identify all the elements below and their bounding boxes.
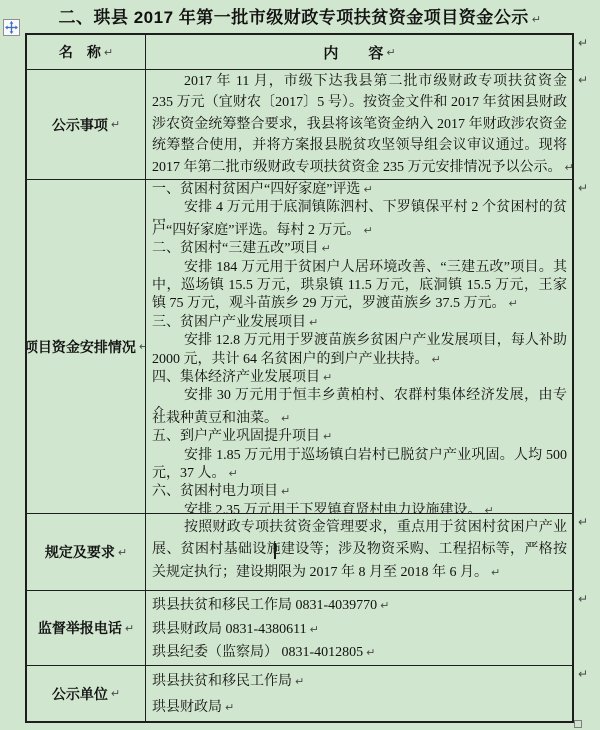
text-line: 关规定执行；建设期限为 2017 年 8 月至 2018 年 6 月。↵ bbox=[152, 560, 567, 585]
text-line-content: 珙县财政局 0831-4380611 bbox=[152, 622, 307, 637]
paragraph-mark-icon: ↵ bbox=[432, 353, 441, 366]
announcement-table: 名 称↵ 内 容↵ 公示事项↵ 2017 年 11 月，市级下达我县第二批市级财… bbox=[25, 33, 574, 723]
paragraph-mark-icon: ↵ bbox=[485, 504, 494, 513]
row-content-cell[interactable]: 一、贫困村贫困户“四好家庭”评选↵安排 4 万元用于底洞镇陈泗村、下罗镇保平村 … bbox=[146, 180, 572, 513]
text-line-content: 按照财政专项扶贫资金管理要求，重点用于贫困村贫困户产业发 bbox=[152, 520, 567, 537]
paragraph-mark-icon: ↵ bbox=[491, 566, 500, 579]
text-line-content: 统筹整合使用，并将方案报县脱贫攻坚领导组会议审议通过。现将 bbox=[152, 138, 567, 153]
text-line: 安排 184 万元用于贫困户人居环境改善、“三建五改”项目。其 bbox=[152, 259, 567, 277]
text-line-content: 安排 2.35 万元用于下罗镇育贤村电力设施建设。 bbox=[184, 503, 482, 513]
text-line-content: 珙县扶贫和移民工作局 bbox=[152, 674, 292, 689]
row-label: 监督举报电话 bbox=[38, 618, 122, 638]
paragraph-mark-icon: ↵ bbox=[281, 412, 290, 425]
paragraph-mark-icon: ↵ bbox=[565, 161, 573, 174]
text-line-content: 安排 30 万元用于恒丰乡黄柏村、农群村集体经济发展，由专合 bbox=[152, 388, 567, 409]
paragraph-mark-icon: ↵ bbox=[309, 316, 318, 329]
text-line: 安排 30 万元用于恒丰乡黄柏村、农群村集体经济发展，由专合 bbox=[152, 387, 567, 409]
table-header-row: 名 称↵ 内 容↵ bbox=[27, 35, 572, 69]
text-line: 三、贫困户产业发展项目↵ bbox=[152, 314, 567, 332]
text-line-content: 镇 75 万元，观斗苗族乡 29 万元，罗渡苗族乡 37.5 万元。 bbox=[152, 296, 506, 311]
paragraph-mark-icon: ↵ bbox=[295, 675, 304, 688]
page-title-text: 二、珙县 2017 年第一批市级财政专项扶贫资金项目资金公示 bbox=[59, 8, 529, 27]
text-line-content: 珙县扶贫和移民工作局 0831-4039770 bbox=[152, 598, 377, 613]
page-title: 二、珙县 2017 年第一批市级财政专项扶贫资金项目资金公示↵ bbox=[0, 3, 600, 28]
text-line: 中，巡场镇 15.5 万元，珙泉镇 11.5 万元，底洞镇 15.5 万元，王家 bbox=[152, 277, 567, 295]
paragraph-mark-icon: ↵ bbox=[310, 623, 319, 636]
text-line-content: 中，巡场镇 15.5 万元，珙泉镇 11.5 万元，底洞镇 15.5 万元，王家 bbox=[152, 278, 567, 293]
move-arrows-icon bbox=[5, 21, 18, 34]
text-line: 五、到户产业巩固提升项目↵ bbox=[152, 428, 567, 446]
row-label: 公示事项 bbox=[52, 115, 108, 135]
text-line-content: 珙县纪委（监察局） 0831-4012805 bbox=[152, 645, 363, 660]
paragraph-mark-icon: ↵ bbox=[139, 340, 146, 353]
paragraph-mark-icon: ↵ bbox=[225, 701, 234, 714]
text-line: 镇 75 万元，观斗苗族乡 29 万元，罗渡苗族乡 37.5 万元。↵ bbox=[152, 295, 567, 313]
text-line: 元，37 人。↵ bbox=[152, 465, 567, 483]
table-move-handle[interactable] bbox=[3, 19, 20, 36]
text-line: 统筹整合使用，并将方案报县脱贫攻坚领导组会议审议通过。现将 bbox=[152, 135, 567, 156]
text-line-content: 珙县财政局 bbox=[152, 700, 222, 715]
text-line: 珙县纪委（监察局） 0831-4012805↵ bbox=[152, 641, 567, 665]
text-line-content: 社栽种黄豆和油菜。 bbox=[152, 411, 278, 426]
text-insertion-cursor bbox=[274, 543, 276, 559]
paragraph-mark-icon: ↵ bbox=[104, 46, 113, 59]
row-content-cell[interactable]: 按照财政专项扶贫资金管理要求，重点用于贫困村贫困户产业发展、贫困村基础设施建设等… bbox=[146, 514, 572, 590]
row-label-cell[interactable]: 公示事项↵ bbox=[27, 70, 146, 179]
text-line-content: 涉农资金统筹整合要求，我县将该笔资金纳入 2017 年财政涉农资金 bbox=[152, 117, 567, 132]
text-line: 二、贫困村“三建五改”项目↵ bbox=[152, 240, 567, 258]
text-line: 社栽种黄豆和油菜。↵ bbox=[152, 410, 567, 428]
row-content-cell[interactable]: 珙县扶贫和移民工作局 0831-4039770↵珙县财政局 0831-43806… bbox=[146, 591, 572, 665]
text-line: 安排 1.85 万元用于巡场镇白岩村已脱贫户产业巩固。人均 500 bbox=[152, 447, 567, 465]
row-label: 规定及要求 bbox=[45, 542, 115, 562]
paragraph-mark-icon: ↵ bbox=[532, 13, 542, 26]
text-line-content: 二、贫困村“三建五改”项目 bbox=[152, 241, 318, 256]
paragraph-mark-icon: ↵ bbox=[229, 467, 238, 480]
text-line: 珙县扶贫和移民工作局↵ bbox=[152, 669, 567, 695]
text-line: 2017 年 11 月，市级下达我县第二批市级财政专项扶贫资金 bbox=[152, 71, 567, 92]
text-line-content: 五、到户产业巩固提升项目 bbox=[152, 429, 320, 444]
text-line-content: 四、集体经济产业发展项目 bbox=[152, 370, 320, 385]
text-line: 按照财政专项扶贫资金管理要求，重点用于贫困村贫困户产业发 bbox=[152, 515, 567, 537]
row-end-mark-icon: ↵ bbox=[578, 668, 588, 680]
paragraph-mark-icon: ↵ bbox=[323, 371, 332, 384]
text-line: 安排 2.35 万元用于下罗镇育贤村电力设施建设。↵ bbox=[152, 502, 567, 513]
text-line-content: 安排 4 万元用于底洞镇陈泗村、下罗镇保平村 2 个贫困村的贫困 bbox=[152, 200, 567, 221]
text-line-content: 六、贫困村电力项目 bbox=[152, 484, 278, 499]
row-content-cell[interactable]: 珙县扶贫和移民工作局↵珙县财政局↵ bbox=[146, 666, 572, 721]
paragraph-mark-icon: ↵ bbox=[321, 242, 330, 255]
text-line-content: 安排 12.8 万元用于罗渡苗族乡贫困户产业发展项目，每人补助 bbox=[184, 333, 567, 348]
paragraph-mark-icon: ↵ bbox=[366, 646, 375, 659]
paragraph-mark-icon: ↵ bbox=[363, 183, 372, 196]
row-label-cell[interactable]: 项目资金安排情况↵ bbox=[27, 180, 146, 513]
text-line-content: 2017 年 11 月，市级下达我县第二批市级财政专项扶贫资金 bbox=[184, 74, 567, 89]
text-line: 珙县财政局 0831-4380611↵ bbox=[152, 618, 567, 642]
text-line-content: 安排 1.85 万元用于巡场镇白岩村已脱贫户产业巩固。人均 500 bbox=[184, 448, 567, 463]
row-label-cell[interactable]: 规定及要求↵ bbox=[27, 514, 146, 590]
text-line-content: 元，37 人。 bbox=[152, 466, 226, 481]
paragraph-mark-icon: ↵ bbox=[125, 622, 134, 635]
table-row-fund-arrangement: 项目资金安排情况↵ 一、贫困村贫困户“四好家庭”评选↵安排 4 万元用于底洞镇陈… bbox=[27, 179, 572, 513]
text-line: 六、贫困村电力项目↵ bbox=[152, 483, 567, 501]
text-line-content: 户“四好家庭”评选。每村 2 万元。 bbox=[152, 223, 360, 238]
paragraph-mark-icon: ↵ bbox=[111, 118, 120, 131]
text-line: 2017 年第二批市级财政专项扶贫资金 235 万元安排情况予以公示。↵ bbox=[152, 157, 567, 178]
header-content-label: 内 容 bbox=[323, 42, 383, 63]
row-label: 项目资金安排情况 bbox=[27, 337, 136, 357]
text-line: 2000 元，共计 64 名贫困户的到户产业扶持。↵ bbox=[152, 351, 567, 369]
text-line-content: 235 万元（宜财农〔2017〕5 号）。按资金文件和 2017 年贫困县财政 bbox=[152, 95, 567, 110]
row-label-cell[interactable]: 监督举报电话↵ bbox=[27, 591, 146, 665]
table-row-hotlines: 监督举报电话↵ 珙县扶贫和移民工作局 0831-4039770↵珙县财政局 08… bbox=[27, 590, 572, 665]
paragraph-mark-icon: ↵ bbox=[111, 687, 120, 700]
paragraph-mark-icon: ↵ bbox=[323, 430, 332, 443]
paragraph-mark-icon: ↵ bbox=[363, 224, 372, 237]
text-line: 安排 4 万元用于底洞镇陈泗村、下罗镇保平村 2 个贫困村的贫困 bbox=[152, 199, 567, 221]
text-line: 户“四好家庭”评选。每村 2 万元。↵ bbox=[152, 222, 567, 240]
text-line: 一、贫困村贫困户“四好家庭”评选↵ bbox=[152, 181, 567, 199]
text-line-content: 安排 184 万元用于贫困户人居环境改善、“三建五改”项目。其 bbox=[184, 260, 567, 275]
paragraph-mark-icon: ↵ bbox=[509, 297, 518, 310]
text-line-content: 三、贫困户产业发展项目 bbox=[152, 315, 306, 330]
text-line-content: 2000 元，共计 64 名贫困户的到户产业扶持。 bbox=[152, 352, 429, 367]
header-content-cell[interactable]: 内 容↵ bbox=[146, 35, 572, 69]
header-name-label: 名 称 bbox=[59, 42, 101, 62]
text-line-content: 一、贫困村贫困户“四好家庭”评选 bbox=[152, 182, 360, 197]
text-line: 珙县扶贫和移民工作局 0831-4039770↵ bbox=[152, 594, 567, 618]
row-end-mark-icon: ↵ bbox=[578, 516, 588, 528]
paragraph-mark-icon: ↵ bbox=[118, 546, 127, 559]
text-line-content: 关规定执行；建设期限为 2017 年 8 月至 2018 年 6 月。 bbox=[152, 565, 488, 580]
paragraph-mark-icon: ↵ bbox=[386, 46, 395, 59]
row-end-mark-icon: ↵ bbox=[578, 182, 588, 194]
text-line-content: 2017 年第二批市级财政专项扶贫资金 235 万元安排情况予以公示。 bbox=[152, 160, 562, 175]
row-label-cell[interactable]: 公示单位↵ bbox=[27, 666, 146, 721]
text-line: 四、集体经济产业发展项目↵ bbox=[152, 369, 567, 387]
row-label: 公示单位 bbox=[52, 684, 108, 704]
row-content-cell[interactable]: 2017 年 11 月，市级下达我县第二批市级财政专项扶贫资金235 万元（宜财… bbox=[146, 70, 572, 179]
text-line: 安排 12.8 万元用于罗渡苗族乡贫困户产业发展项目，每人补助 bbox=[152, 332, 567, 350]
table-row-announcement-matters: 公示事项↵ 2017 年 11 月，市级下达我县第二批市级财政专项扶贫资金235… bbox=[27, 69, 572, 179]
text-line-content: 展、贫困村基础设施建设等；涉及物资采购、工程招标等，严格按相 bbox=[152, 542, 567, 559]
row-end-mark-icon: ↵ bbox=[578, 74, 588, 86]
row-end-mark-icon: ↵ bbox=[578, 37, 588, 49]
table-row-regulations: 规定及要求↵ 按照财政专项扶贫资金管理要求，重点用于贫困村贫困户产业发展、贫困村… bbox=[27, 513, 572, 590]
paragraph-mark-icon: ↵ bbox=[281, 485, 290, 498]
table-resize-handle[interactable] bbox=[574, 720, 582, 728]
text-line: 235 万元（宜财农〔2017〕5 号）。按资金文件和 2017 年贫困县财政 bbox=[152, 92, 567, 113]
row-end-mark-icon: ↵ bbox=[578, 593, 588, 605]
paragraph-mark-icon: ↵ bbox=[380, 599, 389, 612]
text-line: 展、贫困村基础设施建设等；涉及物资采购、工程招标等，严格按相 bbox=[152, 537, 567, 559]
text-line: 涉农资金统筹整合要求，我县将该笔资金纳入 2017 年财政涉农资金 bbox=[152, 114, 567, 135]
table-row-announcing-units: 公示单位↵ 珙县扶贫和移民工作局↵珙县财政局↵ bbox=[27, 665, 572, 721]
text-line: 珙县财政局↵ bbox=[152, 695, 567, 721]
header-name-cell[interactable]: 名 称↵ bbox=[27, 35, 146, 69]
